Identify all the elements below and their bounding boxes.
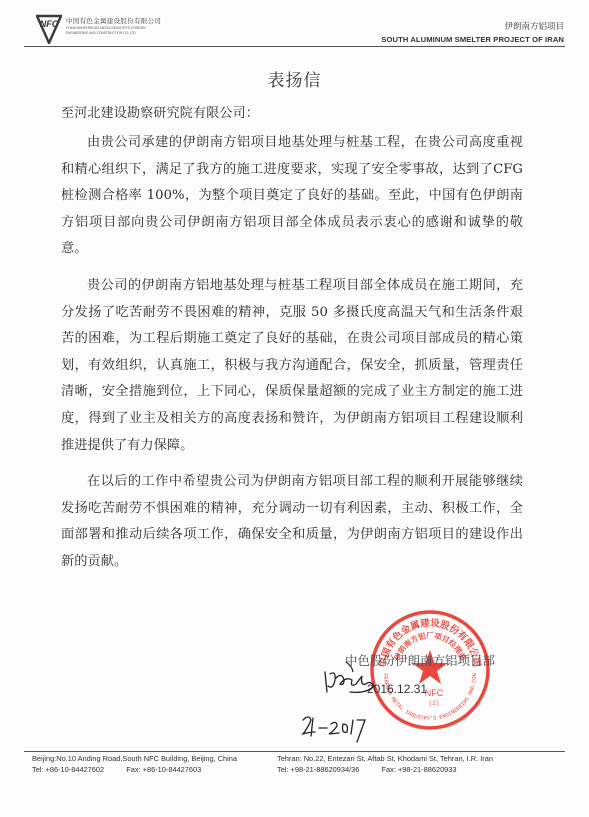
- project-name-en: SOUTH ALUMINUM SMELTER PROJECT OF IRAN: [381, 35, 564, 44]
- handwritten-date-icon: [297, 710, 367, 748]
- company-name-en-1: CHINA NONFERROUS METAL INDUSTRY'S FOREIG…: [66, 26, 161, 30]
- company-name-cn: 中国有色金属建设股份有限公司: [66, 16, 161, 25]
- beijing-contact: Beijing:No.10 Anding Road,South NFC Buil…: [32, 753, 237, 775]
- handwritten-signature-icon: [322, 660, 382, 702]
- letterhead: NFC 中国有色金属建设股份有限公司 CHINA NONFERROUS META…: [24, 12, 564, 46]
- paragraph-3: 在以后的工作中希望贵公司为伊朗南方铝项目部工程的顺利开展能够继续发扬吃苦耐劳不惧…: [61, 469, 523, 575]
- letter-page: NFC 中国有色金属建设股份有限公司 CHINA NONFERROUS META…: [0, 0, 589, 817]
- paragraph-1: 由贵公司承建的伊朗南方铝项目地基处理与桩基工程，在贵公司高度重视和精心组织下，满…: [61, 130, 523, 263]
- tehran-contact: Tehran: No.22, Entezari St, Aftab St, Kh…: [277, 753, 493, 775]
- svg-text:NFC: NFC: [40, 19, 59, 29]
- beijing-tel: Tel: +86-10-84427602: [32, 765, 104, 774]
- letter-body: 由贵公司承建的伊朗南方铝项目地基处理与桩基工程，在贵公司高度重视和精心组织下，满…: [61, 130, 523, 586]
- project-name-cn: 伊朗南方铝项目: [381, 20, 564, 32]
- svg-text:NFC: NFC: [425, 688, 444, 698]
- salutation: 至河北建设勘察研究院有限公司：: [61, 102, 259, 121]
- letter-title: 表扬信: [0, 66, 589, 91]
- beijing-fax: Fax: +86-10-84427603: [126, 765, 201, 774]
- company-name-en-2: ENGINEERING AND CONSTRUCTION CO.,LTD.: [66, 31, 161, 35]
- official-seal-icon: 中国有色金属建设股份有限公司 伊朗南方铝厂项目经理部 CHINA NONFERR…: [368, 608, 492, 732]
- tehran-address: Tehran: No.22, Entezari St, Aftab St, Kh…: [277, 753, 493, 764]
- footer-divider: [24, 751, 565, 752]
- header-divider: [24, 46, 565, 47]
- nfc-logo-icon: NFC: [36, 14, 62, 44]
- tehran-tel: Tel: +98-21-88620934/36: [277, 765, 359, 774]
- beijing-address: Beijing:No.10 Anding Road,South NFC Buil…: [32, 753, 237, 764]
- company-logo: NFC 中国有色金属建设股份有限公司 CHINA NONFERROUS META…: [36, 14, 161, 44]
- tehran-fax: Fax: +98-21-88620933: [382, 765, 457, 774]
- paragraph-2: 贵公司的伊朗南方铝地基处理与桩基工程项目部全体成员在施工期间，充分发扬了吃苦耐劳…: [61, 273, 523, 459]
- svg-text:(2): (2): [429, 700, 440, 707]
